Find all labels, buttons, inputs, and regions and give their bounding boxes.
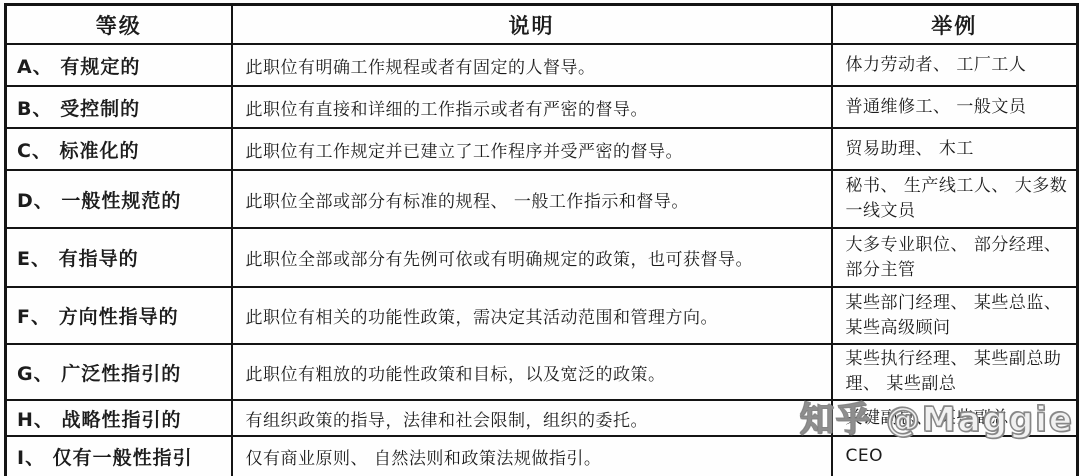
description-cell: 此职位有粗放的功能性政策和目标，以及宽泛的政策。: [232, 344, 832, 400]
table-row: F、 方向性指导的 此职位有相关的功能性政策，需决定其活动范围和管理方向。 某些…: [6, 287, 1078, 344]
page: 等级 说明 举例 A、 有规定的 此职位有明确工作规程或者有固定的人督导。 体力…: [0, 0, 1080, 476]
table-row: B、 受控制的 此职位有直接和详细的工作指示或者有严密的督导。 普通维修工、 一…: [6, 86, 1078, 128]
table-header-description: 说明: [232, 5, 832, 45]
description-cell: 此职位全部或部分有标准的规程、 一般工作指示和督导。: [232, 170, 832, 228]
example-cell: 大多专业职位、 部分经理、 部分主管: [832, 228, 1078, 287]
table-header-example: 举例: [832, 5, 1078, 45]
example-cell: 体力劳动者、 工厂工人: [832, 44, 1078, 86]
table-header-row: 等级 说明 举例: [6, 5, 1078, 45]
level-cell: I、 仅有一般性指引: [6, 436, 232, 476]
table-row: D、 一般性规范的 此职位全部或部分有标准的规程、 一般工作指示和督导。 秘书、…: [6, 170, 1078, 228]
description-cell: 仅有商业原则、 自然法则和政策法规做指引。: [232, 436, 832, 476]
description-cell: 有组织政策的指导，法律和社会限制，组织的委托。: [232, 400, 832, 436]
description-cell: 此职位有明确工作规程或者有固定的人督导。: [232, 44, 832, 86]
table-row: H、 战略性指引的 有组织政策的指导，法律和社会限制，组织的委托。 关键副总、 …: [6, 400, 1078, 436]
example-cell: 贸易助理、 木工: [832, 128, 1078, 170]
description-cell: 此职位有相关的功能性政策，需决定其活动范围和管理方向。: [232, 287, 832, 344]
level-cell: G、 广泛性指引的: [6, 344, 232, 400]
level-cell: F、 方向性指导的: [6, 287, 232, 344]
level-cell: B、 受控制的: [6, 86, 232, 128]
example-cell: 普通维修工、 一般文员: [832, 86, 1078, 128]
example-cell: 某些执行经理、 某些副总助理、 某些副总: [832, 344, 1078, 400]
level-cell: C、 标准化的: [6, 128, 232, 170]
example-cell: 某些部门经理、 某些总监、 某些高级顾问: [832, 287, 1078, 344]
table-row: C、 标准化的 此职位有工作规定并已建立了工作程序并受严密的督导。 贸易助理、 …: [6, 128, 1078, 170]
level-cell: H、 战略性指引的: [6, 400, 232, 436]
description-cell: 此职位有工作规定并已建立了工作程序并受严密的督导。: [232, 128, 832, 170]
table-row: A、 有规定的 此职位有明确工作规程或者有固定的人督导。 体力劳动者、 工厂工人: [6, 44, 1078, 86]
job-level-table: 等级 说明 举例 A、 有规定的 此职位有明确工作规程或者有固定的人督导。 体力…: [4, 3, 1079, 476]
level-cell: A、 有规定的: [6, 44, 232, 86]
description-cell: 此职位有直接和详细的工作指示或者有严密的督导。: [232, 86, 832, 128]
level-cell: D、 一般性规范的: [6, 170, 232, 228]
level-cell: E、 有指导的: [6, 228, 232, 287]
table-row: G、 广泛性指引的 此职位有粗放的功能性政策和目标，以及宽泛的政策。 某些执行经…: [6, 344, 1078, 400]
example-cell: 秘书、 生产线工人、 大多数一线文员: [832, 170, 1078, 228]
table-row: E、 有指导的 此职位全部或部分有先例可依或有明确规定的政策，也可获督导。 大多…: [6, 228, 1078, 287]
table-row: I、 仅有一般性指引 仅有商业原则、 自然法则和政策法规做指引。 CEO: [6, 436, 1078, 476]
example-cell: CEO: [832, 436, 1078, 476]
example-cell: 关键副总、 某些副总: [832, 400, 1078, 436]
table-header-level: 等级: [6, 5, 232, 45]
description-cell: 此职位全部或部分有先例可依或有明确规定的政策，也可获督导。: [232, 228, 832, 287]
